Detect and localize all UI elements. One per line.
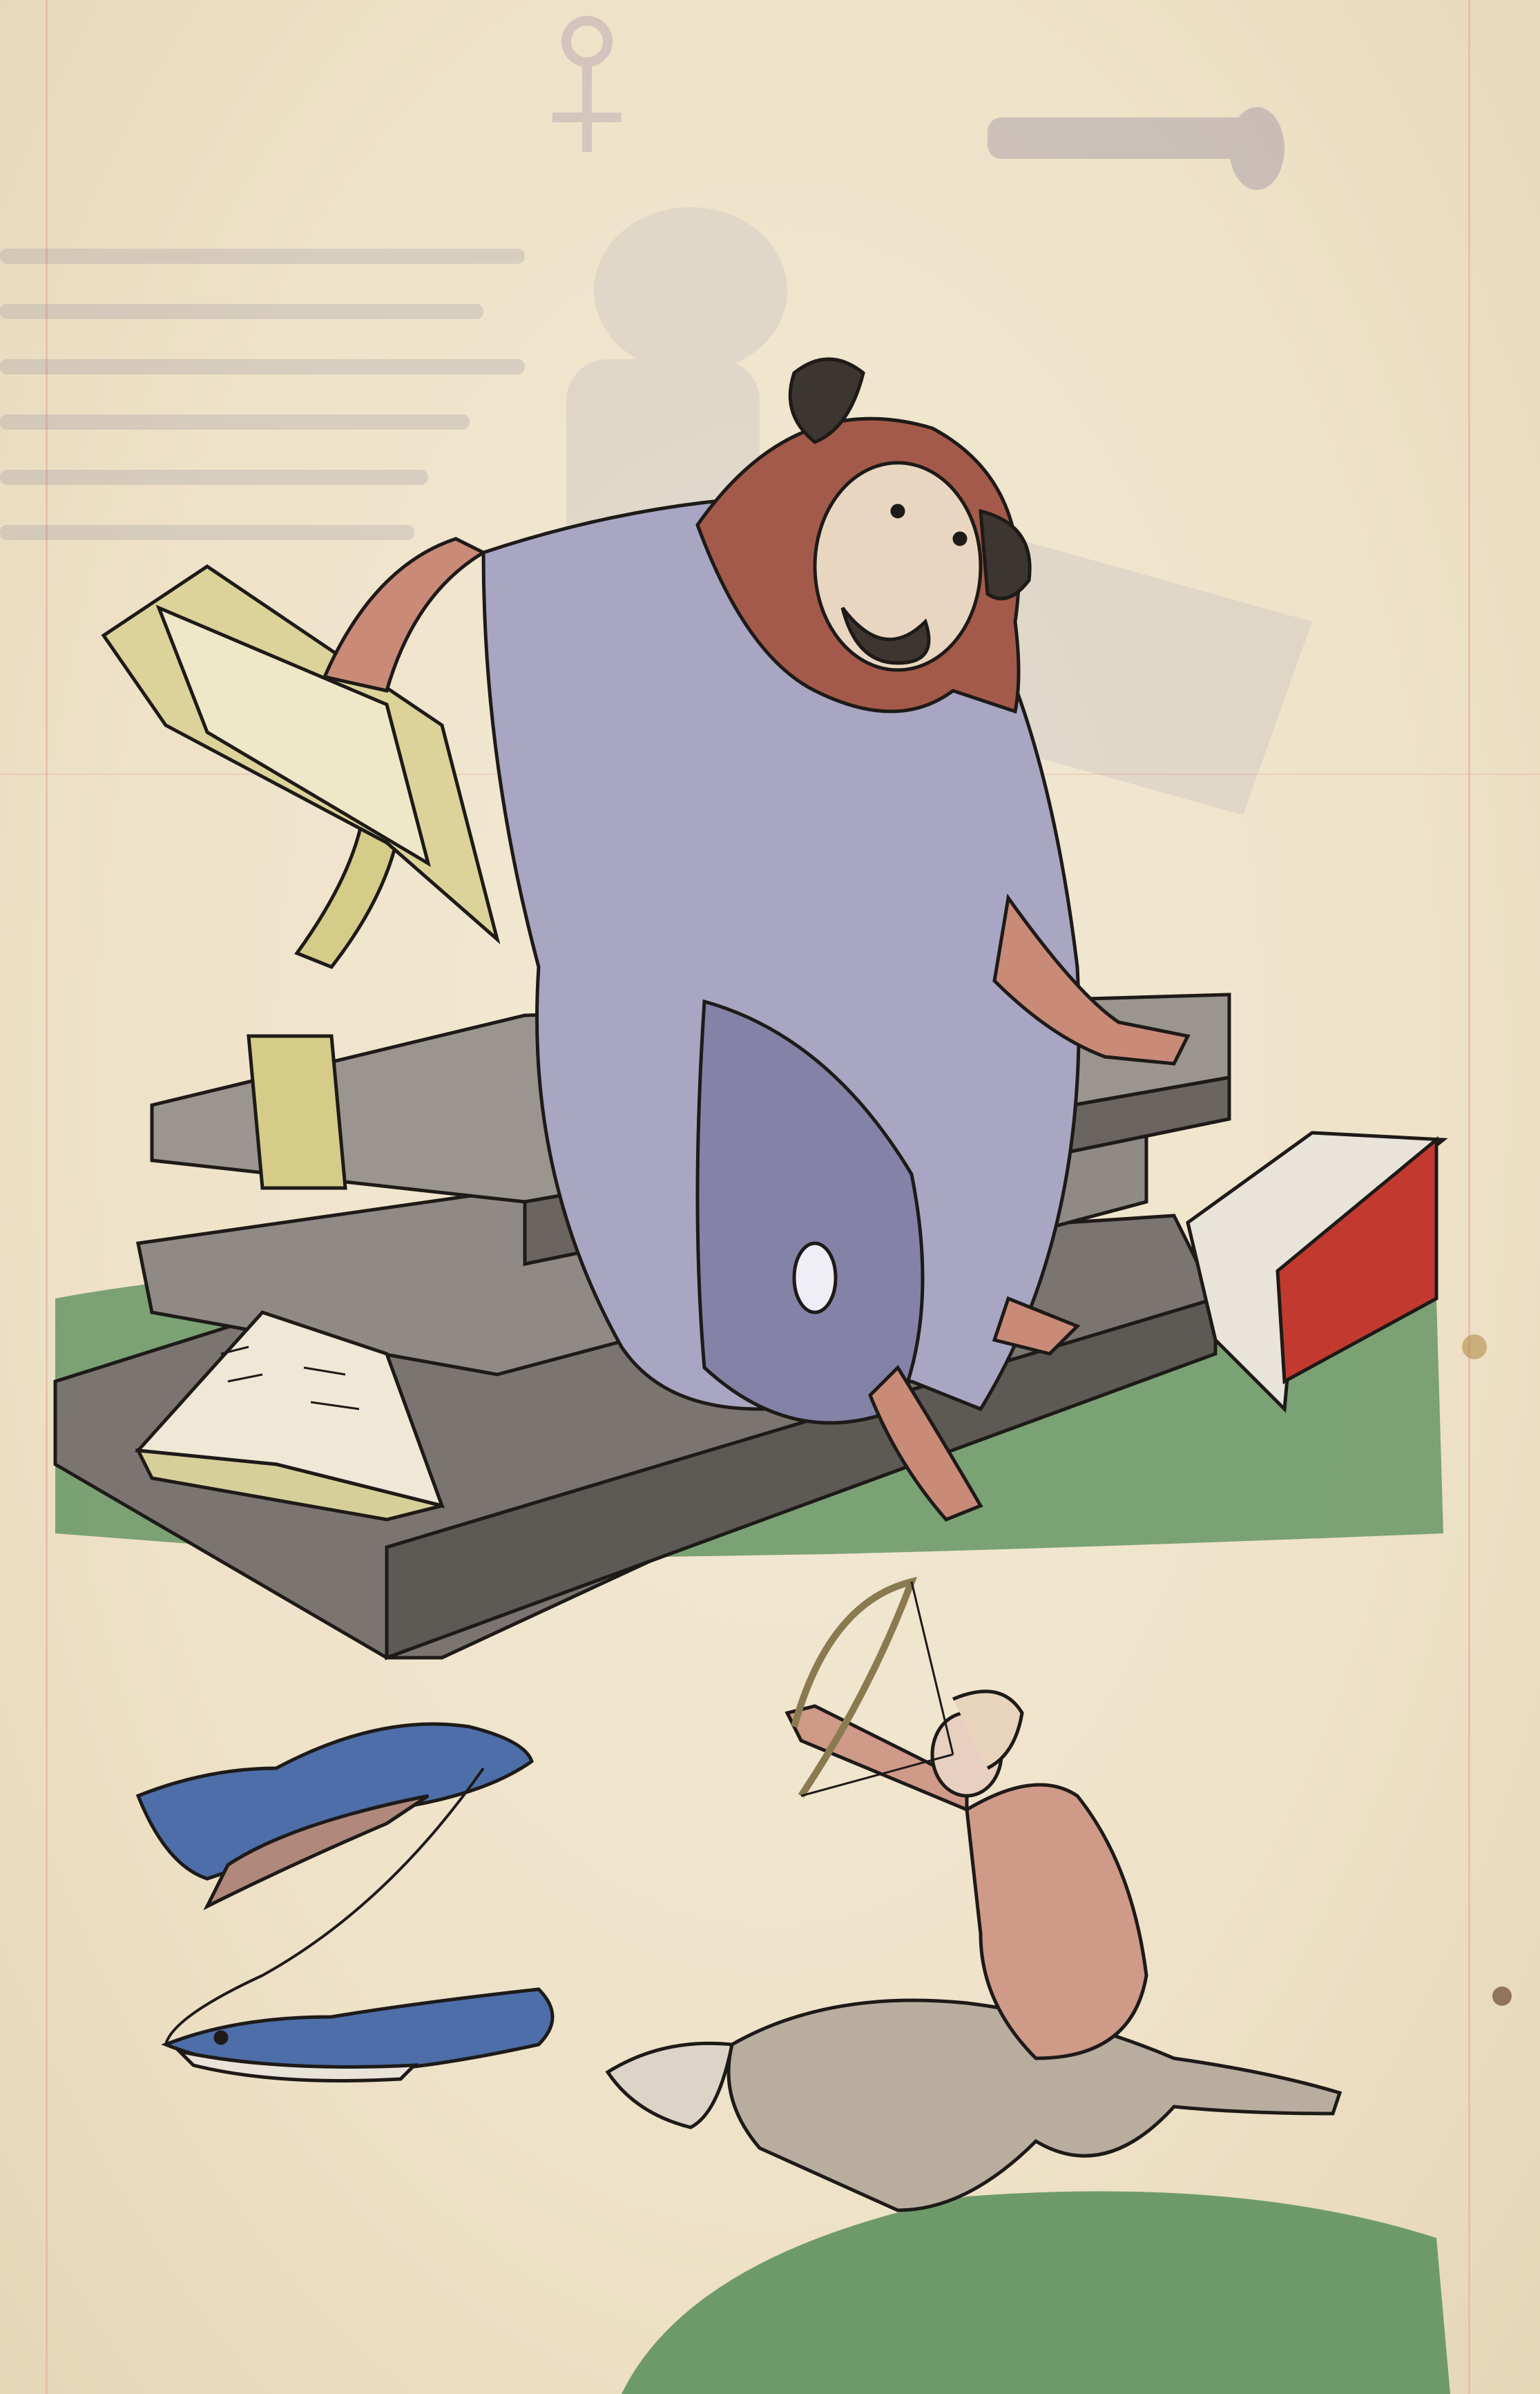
bowstring	[912, 1582, 953, 1754]
stain-small	[1492, 1986, 1512, 2006]
scholar-left-arm	[325, 539, 483, 691]
mound	[622, 2192, 1450, 2394]
bleed-through-symbol	[552, 21, 622, 152]
pisces-fish-bottom	[166, 1989, 552, 2081]
illustration	[0, 0, 1540, 2394]
bleed-through-heading-shape	[988, 107, 1284, 190]
sagittarius-centaur	[608, 1692, 1340, 2210]
bleed-through-text	[0, 249, 525, 540]
lectern-book	[104, 566, 497, 939]
manuscript-page: (mirrored, illegible)	[0, 0, 1540, 2394]
pisces-fish-top	[138, 1724, 532, 1906]
stain	[1462, 1334, 1487, 1359]
